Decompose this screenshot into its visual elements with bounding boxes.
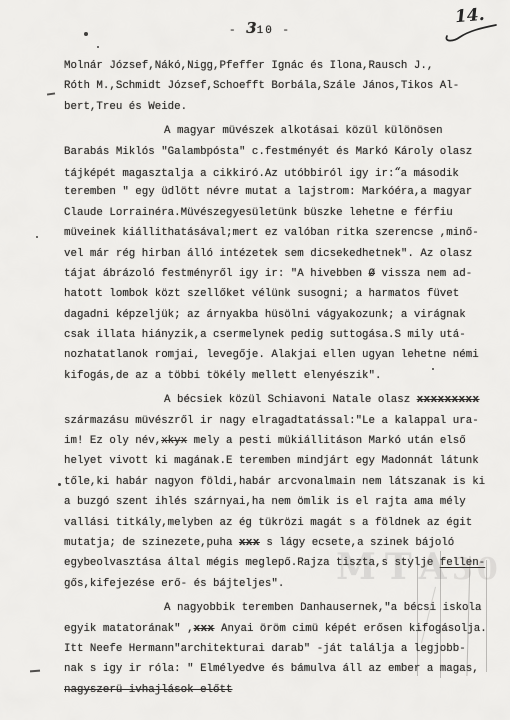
text-line: Claude Lorrainéra.Müvészegyesületünk büs… (64, 203, 500, 223)
text-segment: kifogás,de az a többi tökély mellett ele… (64, 370, 381, 382)
text-segment: dagadni képzeljük; az árnyakba hüsölni v… (64, 309, 466, 321)
text-segment: vissza nem ad- (375, 268, 472, 280)
paragraph: A magyar müvészek alkotásai közül különö… (64, 121, 500, 386)
text-line: a buzgó szent ihlés szárnyai,ha nem ömli… (64, 492, 500, 512)
page-number-prefix: - (229, 25, 246, 37)
text-segment: csak illata hiányzik,a csermelynek pedig… (64, 329, 466, 341)
text-line: A nagyobbik teremben Danhausernek,"a béc… (64, 598, 500, 618)
text-segment: mely a pesti mükiállitáson Markó után el… (187, 435, 466, 447)
text-line: kifogás,de az a többi tökély mellett ele… (64, 366, 500, 386)
text-line: tőle,ki habár nagyon földi,habár arcvona… (64, 472, 500, 492)
text-line: nagyszerü ivhajlások előtt (64, 680, 500, 700)
paragraph: A nagyobbik teremben Danhausernek,"a béc… (64, 598, 500, 700)
text-segment: Itt Neefe Hermann"architekturai darab" -… (64, 643, 466, 655)
text-line: teremben " egy üdlött névre mutat a lajs… (64, 182, 500, 202)
text-line: gős,kifejezése erő- és bájteljes". (64, 574, 500, 594)
text-segment: gős,kifejezése erő- és bájteljes". (64, 578, 284, 590)
text-line: im! Ez oly név,xkyx mely a pesti mükiáll… (64, 431, 500, 451)
text-line: tájat ábrázoló festményről igy ir: "A hi… (64, 264, 500, 284)
text-segment: mutatja; de szinezete,puha (64, 537, 239, 549)
text-segment: tájat ábrázoló festményről igy ir: "A hi… (64, 268, 369, 280)
page-number-rest: 10 - (257, 25, 291, 37)
text-segment: im! Ez oly név, (64, 435, 161, 447)
text-segment: Anyai öröm cimü képét erősen kifogásolja… (215, 623, 487, 635)
text-line: tájképét magasztalja a cikkiró.Az utóbbi… (64, 162, 500, 182)
strikethrough-text: xxxxxxxxx (417, 394, 480, 406)
text-segment: nak s igy ir róla: " Elmélyedve és bámul… (64, 663, 479, 675)
paragraph: Molnár József,Nákó,Nigg,Pfeffer Ignác és… (64, 56, 500, 117)
handwritten-underline-swoosh (441, 2, 503, 44)
text-segment: tőle,ki habár nagyon földi,habár arcvona… (64, 476, 485, 488)
text-segment: egyik matatorának" , (64, 623, 194, 635)
text-line: Molnár József,Nákó,Nigg,Pfeffer Ignác és… (64, 56, 500, 76)
text-line: Róth M.,Schmidt József,Schoefft Borbála,… (64, 76, 500, 96)
page-number: - 310 - (205, 21, 315, 38)
text-line: A magyar müvészek alkotásai közül különö… (64, 121, 500, 141)
text-segment: A bécsiek közül Schiavoni Natale olasz (164, 394, 417, 406)
text-line: egyik matatorának" ,xxx Anyai öröm cimü … (64, 619, 500, 639)
text-line: Itt Neefe Hermann"architekturai darab" -… (64, 639, 500, 659)
text-segment: vel már rég hirban álló intézetek sem di… (64, 248, 472, 260)
text-segment: nozhatatlanok romjai, levegője. Alakjai … (64, 349, 479, 361)
text-segment: egybeolvasztása által mégis meglepő.Rajz… (64, 557, 440, 569)
margin-dash-mark (47, 92, 55, 95)
text-line: Barabás Miklós "Galambpósta" c.festményé… (64, 142, 500, 162)
text-segment: származásu müvészről ir nagy elragadtatá… (64, 415, 479, 427)
text-line: vallási titkály,melyben az ég tükrözi ma… (64, 513, 500, 533)
handwritten-digit: 3 (246, 19, 256, 37)
ink-speck (97, 46, 99, 48)
text-segment: tájképét magasztalja a cikkiró.Az utóbbi… (64, 168, 394, 180)
text-segment: A magyar müvészek alkotásai közül különö… (164, 125, 443, 137)
ink-speck (58, 483, 61, 486)
text-segment: a második (401, 168, 459, 180)
text-segment: A nagyobbik teremben Danhausernek,"a béc… (164, 602, 481, 614)
text-segment: s lágy ecsete,a szinek bájoló (260, 537, 454, 549)
text-segment: helyet vivott ki magának.E teremben mind… (64, 455, 479, 467)
margin-dash-mark (30, 670, 40, 672)
text-line: helyet vivott ki magának.E teremben mind… (64, 451, 500, 471)
strikethrough-text: xkyx (161, 435, 187, 447)
text-line: csak illata hiányzik,a csermelynek pedig… (64, 325, 500, 345)
text-line: hatott lombok közt szellőket vélünk suso… (64, 284, 500, 304)
paragraph: A bécsiek közül Schiavoni Natale olasz x… (64, 390, 500, 594)
text-line: A bécsiek közül Schiavoni Natale olasz x… (64, 390, 500, 410)
text-line: dagadni képzeljük; az árnyakba hüsölni v… (64, 305, 500, 325)
text-line: egybeolvasztása által mégis meglepő.Rajz… (64, 553, 500, 573)
ink-speck (84, 32, 88, 36)
text-segment: Molnár József,Nákó,Nigg,Pfeffer Ignác és… (64, 60, 433, 72)
text-line: vel már rég hirban álló intézetek sem di… (64, 244, 500, 264)
text-line: származásu müvészről ir nagy elragadtatá… (64, 411, 500, 431)
strikethrough-text: xxx (194, 623, 215, 635)
scanned-page: 14. - 310 - Molnár József,Nákó,Nigg,Pfef… (0, 0, 510, 720)
ink-speck (36, 236, 38, 238)
text-line: nozhatatlanok romjai, levegője. Alakjai … (64, 345, 500, 365)
text-line: mutatja; de szinezete,puha xxx s lágy ec… (64, 533, 500, 553)
text-segment: bert,Treu és Weide. (64, 101, 187, 113)
text-segment: Róth M.,Schmidt József,Schoefft Borbála,… (64, 80, 459, 92)
text-line: müveinek kiállithatásával;mert ez valóba… (64, 223, 500, 243)
text-line: bert,Treu és Weide. (64, 97, 500, 117)
text-segment: Claude Lorrainéra.Müvészegyesületünk büs… (64, 207, 453, 219)
text-line: nak s igy ir róla: " Elmélyedve és bámul… (64, 659, 500, 679)
typewritten-text: Molnár József,Nákó,Nigg,Pfeffer Ignác és… (64, 56, 500, 700)
text-segment: a buzgó szent ihlés szárnyai,ha nem ömli… (64, 496, 466, 508)
text-segment: vallási titkály,melyben az ég tükrözi ma… (64, 517, 472, 529)
underlined-text: fellen- (440, 557, 485, 569)
strikethrough-text: xxx (239, 537, 260, 549)
text-segment: hatott lombok közt szellőket vélünk suso… (64, 288, 459, 300)
text-segment: müveinek kiállithatásával;mert ez valóba… (64, 227, 479, 239)
text-segment: teremben " egy üdlött névre mutat a lajs… (64, 186, 472, 198)
text-segment: Barabás Miklós "Galambpósta" c.festményé… (64, 146, 472, 158)
strikethrough-text: nagyszerü ivhajlások előtt (64, 684, 232, 696)
